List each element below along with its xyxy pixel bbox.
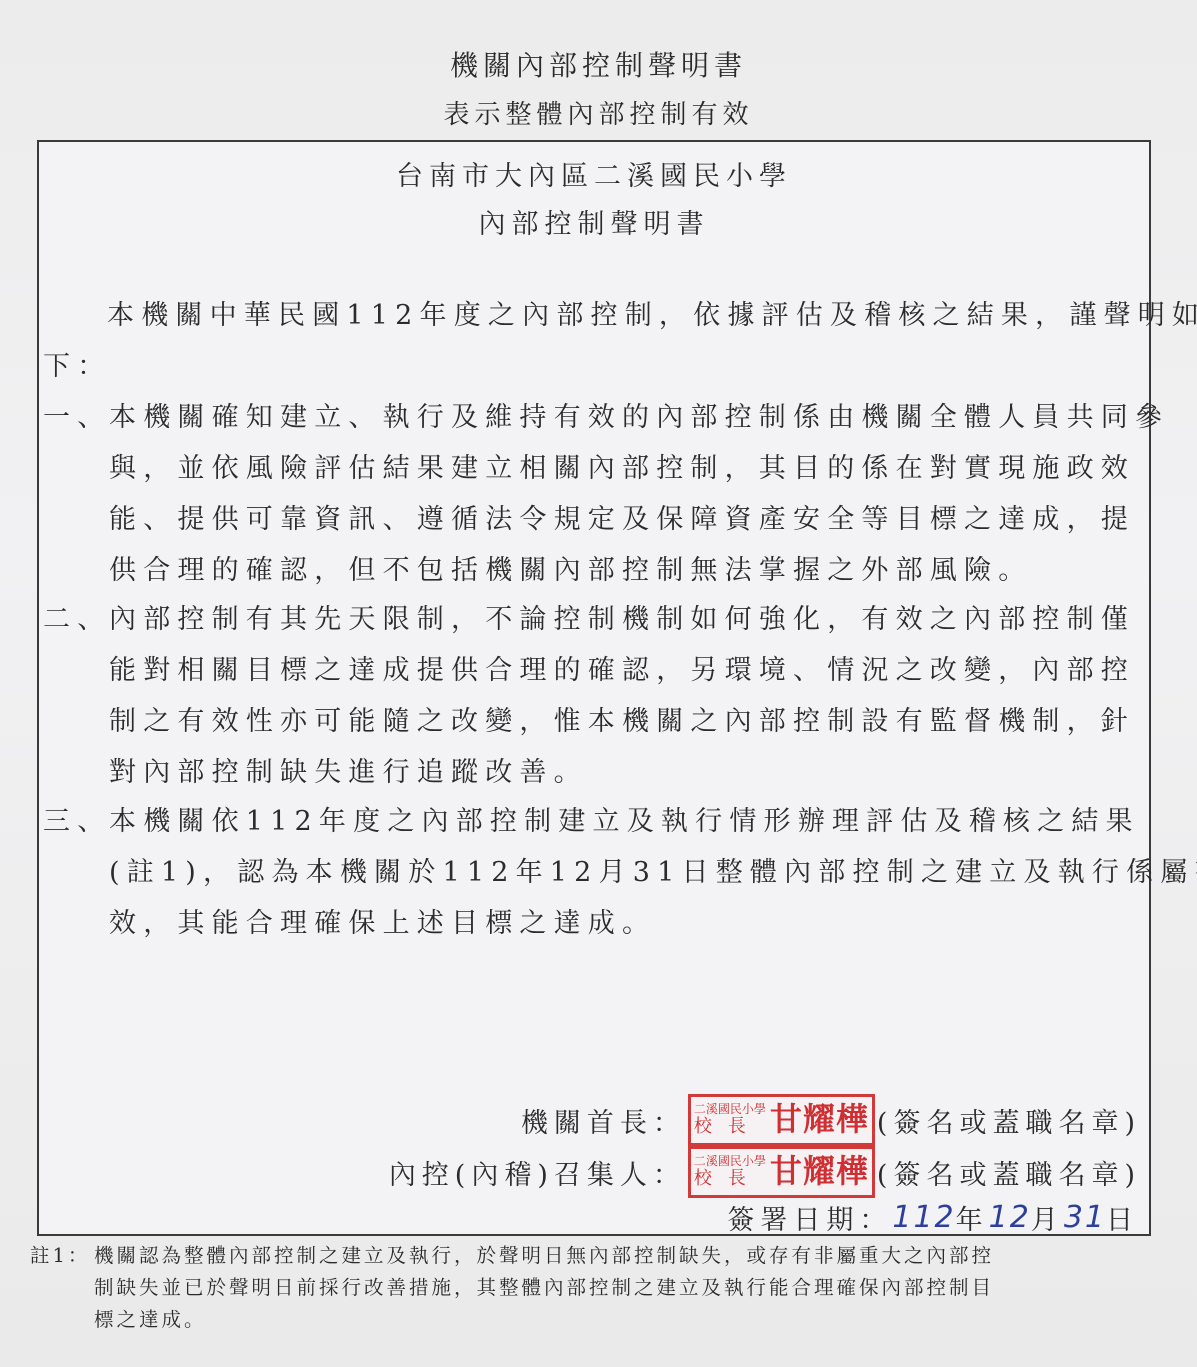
date-month: 12 [989, 1200, 1031, 1235]
item-number: 二、 [39, 594, 109, 798]
item-text: 本機關依112年度之內部控制建立及執行情形辦理評估及稽核之結果 (註1)，認為本… [109, 796, 1197, 949]
footnote-line: 機關認為整體內部控制之建立及執行，於聲明日無內部控制缺失，或存有非屬重大之內部控 [94, 1240, 994, 1272]
organization-name: 台南市大內區二溪國民小學 [39, 154, 1149, 193]
item-text: 本機關確知建立、執行及維持有效的內部控制係由機關全體人員共同參 與，並依風險評估… [109, 392, 1169, 596]
date-label: 簽署日期： [727, 1198, 892, 1237]
statement-item-3: 三、 本機關依112年度之內部控制建立及執行情形辦理評估及稽核之結果 (註1)，… [39, 796, 1149, 949]
signature-convener: 內控(內稽)召集人： 二溪國民小學 校長 甘耀樺 (簽名或蓋職名章) [389, 1146, 1141, 1198]
document-title: 機關內部控制聲明書 [0, 44, 1197, 84]
item-line: 供合理的確認，但不包括機關內部控制無法掌握之外部風險。 [109, 545, 1169, 596]
intro-paragraph: 本機關中華民國112年度之內部控制，依據評估及稽核之結果，謹聲明如 下： [39, 290, 1149, 392]
footnote-line: 標之達成。 [94, 1304, 994, 1336]
footnote-line: 制缺失並已於聲明日前採行改善措施，其整體內部控制之建立及執行能合理確保內部控制目 [94, 1272, 994, 1304]
official-seal-stamp: 二溪國民小學 校長 甘耀樺 [688, 1094, 875, 1146]
item-line: 內部控制有其先天限制，不論控制機制如何強化，有效之內部控制僅 [109, 594, 1149, 645]
statement-item-1: 一、 本機關確知建立、執行及維持有效的內部控制係由機關全體人員共同參 與，並依風… [39, 392, 1149, 596]
intro-line-1: 本機關中華民國112年度之內部控制，依據評估及稽核之結果，謹聲明如 [39, 290, 1149, 341]
statement-title: 內部控制聲明書 [39, 202, 1149, 241]
signature-suffix: (簽名或蓋職名章) [877, 1101, 1141, 1140]
stamp-name: 甘耀樺 [770, 1097, 869, 1143]
document-subtitle: 表示整體內部控制有效 [0, 94, 1197, 131]
item-line: 本機關依112年度之內部控制建立及執行情形辦理評估及稽核之結果 [109, 796, 1197, 847]
item-number: 一、 [39, 392, 109, 596]
day-unit: 日 [1106, 1198, 1139, 1237]
item-line: 與，並依風險評估結果建立相關內部控制，其目的係在對實現施政效 [109, 443, 1169, 494]
item-text: 內部控制有其先天限制，不論控制機制如何強化，有效之內部控制僅 能對相關目標之達成… [109, 594, 1149, 798]
stamp-org: 二溪國民小學 [694, 1102, 766, 1116]
stamp-name: 甘耀樺 [770, 1149, 869, 1195]
official-seal-stamp: 二溪國民小學 校長 甘耀樺 [688, 1146, 875, 1198]
item-line: (註1)，認為本機關於112年12月31日整體內部控制之建立及執行係屬有 [109, 847, 1197, 898]
month-unit: 月 [1031, 1198, 1064, 1237]
signing-date: 簽署日期： 112 年 12 月 31 日 [727, 1198, 1139, 1237]
signature-agency-head: 機關首長： 二溪國民小學 校長 甘耀樺 (簽名或蓋職名章) [521, 1094, 1141, 1146]
stamp-org: 二溪國民小學 [694, 1154, 766, 1168]
signature-label: 機關首長： [521, 1101, 686, 1140]
footnote-text: 機關認為整體內部控制之建立及執行，於聲明日無內部控制缺失，或存有非屬重大之內部控… [94, 1240, 994, 1336]
item-line: 對內部控制缺失進行追蹤改善。 [109, 747, 1149, 798]
item-line: 能、提供可靠資訊、遵循法令規定及保障資產安全等目標之達成，提 [109, 494, 1169, 545]
signature-label: 內控(內稽)召集人： [389, 1153, 686, 1192]
date-year: 112 [892, 1200, 955, 1235]
stamp-role: 校長 [694, 1168, 766, 1190]
footnote-label: 註1： [30, 1240, 94, 1336]
signature-suffix: (簽名或蓋職名章) [877, 1153, 1141, 1192]
footnote: 註1： 機關認為整體內部控制之建立及執行，於聲明日無內部控制缺失，或存有非屬重大… [30, 1240, 1170, 1336]
statement-box: 台南市大內區二溪國民小學 內部控制聲明書 本機關中華民國112年度之內部控制，依… [37, 140, 1151, 1236]
statement-item-2: 二、 內部控制有其先天限制，不論控制機制如何強化，有效之內部控制僅 能對相關目標… [39, 594, 1149, 798]
date-day: 31 [1064, 1200, 1106, 1235]
item-line: 能對相關目標之達成提供合理的確認，另環境、情況之改變，內部控 [109, 645, 1149, 696]
year-unit: 年 [956, 1198, 989, 1237]
item-line: 本機關確知建立、執行及維持有效的內部控制係由機關全體人員共同參 [109, 392, 1169, 443]
stamp-role: 校長 [694, 1116, 766, 1138]
item-line: 效，其能合理確保上述目標之達成。 [109, 898, 1197, 949]
item-number: 三、 [39, 796, 109, 949]
item-line: 制之有效性亦可能隨之改變，惟本機關之內部控制設有監督機制，針 [109, 696, 1149, 747]
intro-line-2: 下： [39, 341, 1149, 392]
